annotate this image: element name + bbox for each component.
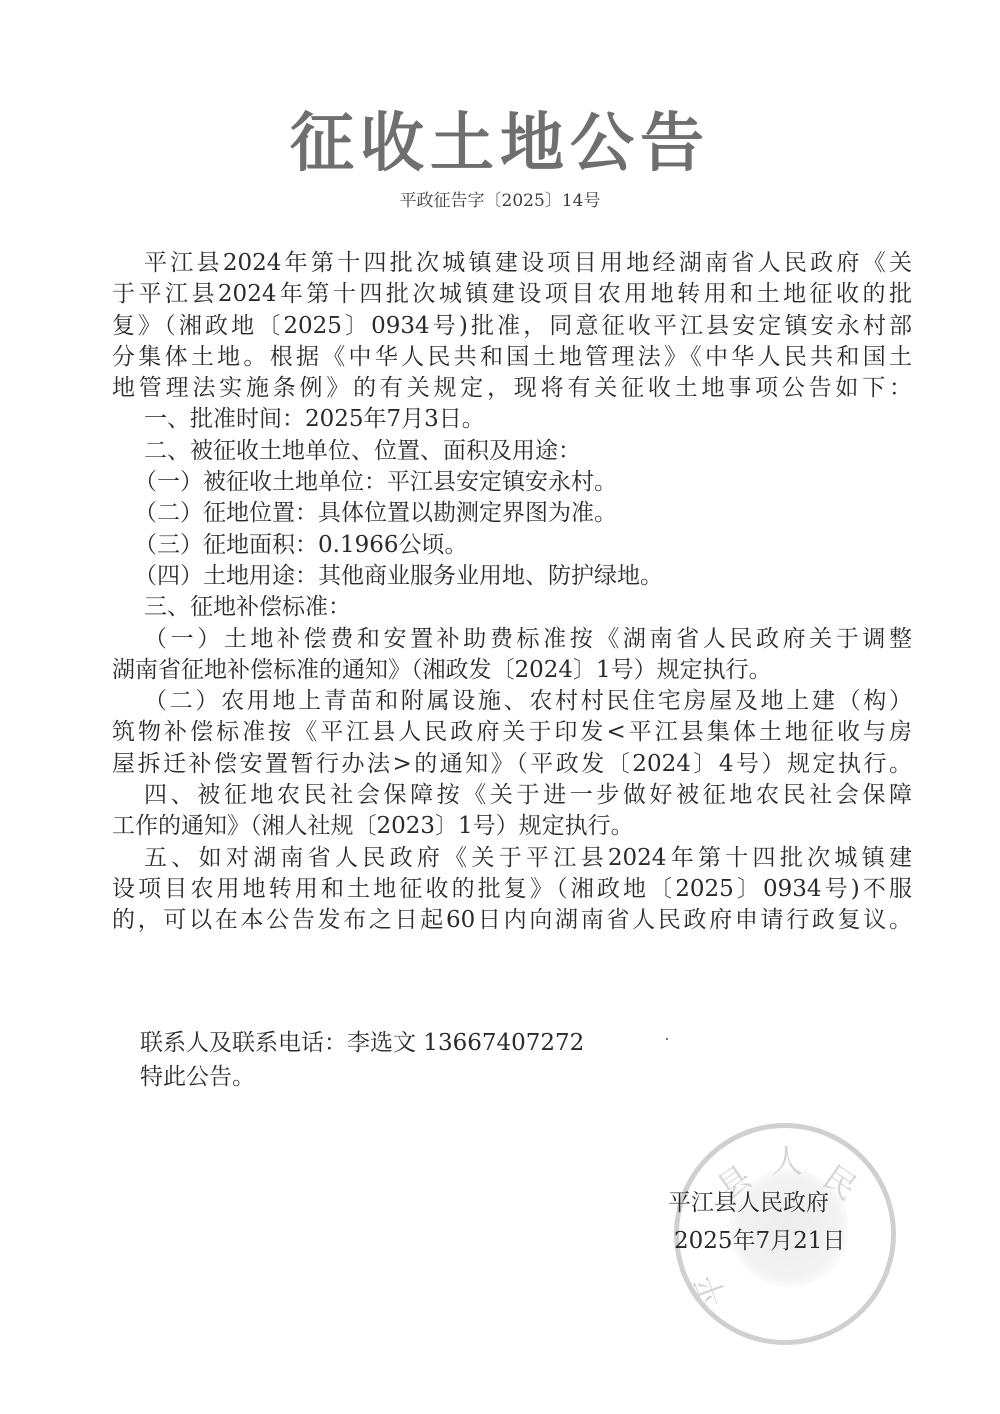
seal-char: 平 bbox=[682, 1268, 736, 1314]
document-page: 征收土地公告 平政征告字〔2025〕14号 平江县2024年第十四批次城镇建设项… bbox=[0, 0, 1000, 1414]
body-line: 于平江县2024年第十四批次城镇建设项目农用地转用和土地征收的批 bbox=[112, 279, 912, 310]
body-line: 工作的通知》（湘人社规〔2023〕1号）规定执行。 bbox=[112, 811, 912, 842]
closing-line: 特此公告。 bbox=[140, 1060, 584, 1094]
body-line: （一）土地补偿费和安置补助费标准按《湖南省人民政府关于调整 bbox=[112, 624, 912, 655]
contact-block: 联系人及联系电话：李选文 13667407272 特此公告。 bbox=[140, 1026, 584, 1094]
body-line: 分集体土地。根据《中华人民共和国土地管理法》《中华人民共和国土 bbox=[112, 342, 912, 373]
seal-char: 人 bbox=[771, 1136, 803, 1182]
body-line: 湖南省征地补偿标准的通知》（湘政发〔2024〕1号）规定执行。 bbox=[112, 655, 912, 686]
body-line: （三）征地面积：0.1966公顷。 bbox=[112, 530, 912, 561]
body-line: 三、征地补偿标准： bbox=[112, 592, 912, 623]
scan-speck bbox=[666, 1038, 668, 1040]
body-line: 地管理法实施条例》的有关规定，现将有关征收土地事项公告如下： bbox=[112, 373, 912, 404]
document-number: 平政征告字〔2025〕14号 bbox=[0, 186, 1000, 211]
body-line: （二）征地位置：具体位置以勘测定界图为准。 bbox=[112, 498, 912, 529]
document-body: 平江县2024年第十四批次城镇建设项目用地经湖南省人民政府《关于平江县2024年… bbox=[112, 248, 912, 937]
body-line: 四、被征地农民社会保障按《关于进一步做好被征地农民社会保障 bbox=[112, 780, 912, 811]
body-line: 一、批准时间：2025年7月3日。 bbox=[112, 404, 912, 435]
contact-line: 联系人及联系电话：李选文 13667407272 bbox=[140, 1026, 584, 1060]
body-line: 复》（湘政地〔2025〕0934号)批准，同意征收平江县安定镇安永村部 bbox=[112, 311, 912, 342]
body-line: （四）土地用途：其他商业服务业用地、防护绿地。 bbox=[112, 561, 912, 592]
body-line: 二、被征收土地单位、位置、面积及用途： bbox=[112, 436, 912, 467]
body-line: （一）被征收土地单位：平江县安定镇安永村。 bbox=[112, 467, 912, 498]
page-title: 征收土地公告 bbox=[0, 92, 1000, 184]
signature-block: 平江县人民政府 2025年7月21日 bbox=[668, 1184, 845, 1260]
issue-date: 2025年7月21日 bbox=[668, 1222, 845, 1260]
body-line: 屋拆迁补偿安置暂行办法>的通知》（平政发〔2024〕4号）规定执行。 bbox=[112, 749, 912, 780]
body-line: 五、如对湖南省人民政府《关于平江县2024年第十四批次城镇建 bbox=[112, 843, 912, 874]
body-line: 平江县2024年第十四批次城镇建设项目用地经湖南省人民政府《关 bbox=[112, 248, 912, 279]
body-line: （二）农用地上青苗和附属设施、农村村民住宅房屋及地上建（构） bbox=[112, 686, 912, 717]
body-line: 的，可以在本公告发布之日起60日内向湖南省人民政府申请行政复议。 bbox=[112, 905, 912, 936]
issuer-name: 平江县人民政府 bbox=[668, 1184, 845, 1222]
body-line: 筑物补偿标准按《平江县人民政府关于印发<平江县集体土地征收与房 bbox=[112, 717, 912, 748]
body-line: 设项目农用地转用和土地征收的批复》（湘政地〔2025〕0934号)不服 bbox=[112, 874, 912, 905]
